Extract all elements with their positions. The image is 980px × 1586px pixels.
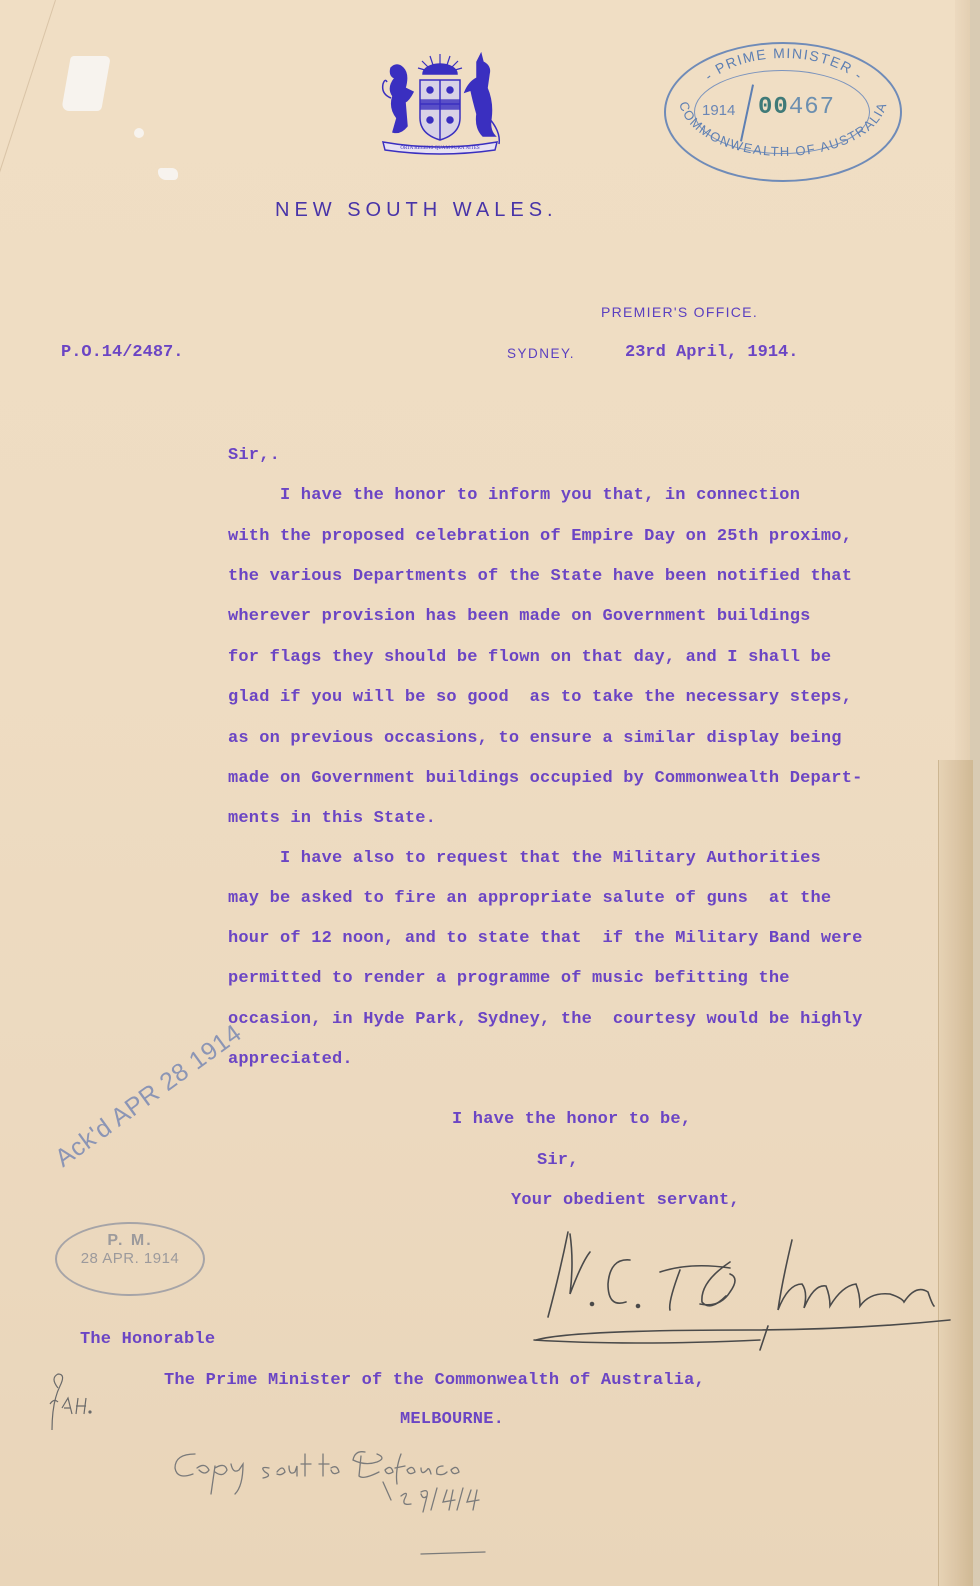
body-line: occasion, in Hyde Park, Sydney, the cour… <box>228 1010 863 1029</box>
body-line: I have also to request that the Military… <box>228 849 821 868</box>
handwritten-initials <box>40 1368 100 1438</box>
stamp-number: 00467 <box>758 94 835 121</box>
signature <box>530 1222 960 1362</box>
paper-edge <box>955 0 970 760</box>
reference-number: P.O.14/2487. <box>61 343 183 362</box>
body-line: appreciated. <box>228 1050 353 1069</box>
acknowledged-stamp: Ack'd APR 28 1914 <box>50 1019 248 1174</box>
addressee-title: The Honorable <box>80 1330 215 1349</box>
addressee-city: MELBOURNE. <box>400 1410 504 1429</box>
closing-line: Your obedient servant, <box>511 1191 740 1210</box>
body-line: wherever provision has been made on Gove… <box>228 607 811 626</box>
body-line: glad if you will be so good as to take t… <box>228 688 852 707</box>
paper-fold-crease <box>0 0 56 219</box>
prime-minister-registry-stamp: - PRIME MINISTER - COMMONWEALTH OF AUSTR… <box>664 42 902 182</box>
svg-text:Copy sent to Defence: Copy sent to Defence <box>165 1440 177 1441</box>
body-line: for flags they should be flown on that d… <box>228 648 831 667</box>
handwritten-note-copy-sent-to-defence: Copy sent to Defence <box>165 1440 515 1560</box>
svg-text:- PRIME MINISTER -: - PRIME MINISTER - <box>701 45 867 84</box>
body-line: may be asked to fire an appropriate salu… <box>228 889 831 908</box>
paper-hole <box>158 168 178 180</box>
body-line: the various Departments of the State hav… <box>228 567 852 586</box>
paper-hole <box>61 56 111 111</box>
letter-sheet: ORTA RECENS QUAM PURA NITES NEW SOUTH WA… <box>0 0 968 1586</box>
closing-line: I have the honor to be, <box>452 1110 691 1129</box>
stamp-year: 1914 <box>702 102 735 119</box>
salutation: Sir,. <box>228 446 280 465</box>
body-line: as on previous occasions, to ensure a si… <box>228 729 842 748</box>
letterhead-state-name: NEW SOUTH WALES. <box>275 199 558 222</box>
body-line: I have the honor to inform you that, in … <box>228 486 800 505</box>
letterhead-city: SYDNEY. <box>507 346 575 361</box>
body-line: hour of 12 noon, and to state that if th… <box>228 929 863 948</box>
addressee-name: The Prime Minister of the Commonwealth o… <box>164 1371 705 1390</box>
coat-of-arms-icon: ORTA RECENS QUAM PURA NITES <box>375 48 505 158</box>
paper-edge-torn <box>938 760 973 1586</box>
letter-date: 23rd April, 1914. <box>625 343 798 362</box>
body-line: permitted to render a programme of music… <box>228 969 790 988</box>
paper-hole <box>134 128 144 138</box>
received-date-stamp: P. M. 28 APR. 1914 <box>55 1222 205 1296</box>
closing-line: Sir, <box>537 1151 579 1170</box>
svg-text:ORTA RECENS QUAM PURA NITES: ORTA RECENS QUAM PURA NITES <box>400 146 480 151</box>
letterhead-office: PREMIER'S OFFICE. <box>601 304 758 320</box>
body-line: with the proposed celebration of Empire … <box>228 527 852 546</box>
body-line: made on Government buildings occupied by… <box>228 769 863 788</box>
stamp-top-text: - PRIME MINISTER - <box>701 45 867 84</box>
body-line: ments in this State. <box>228 809 436 828</box>
